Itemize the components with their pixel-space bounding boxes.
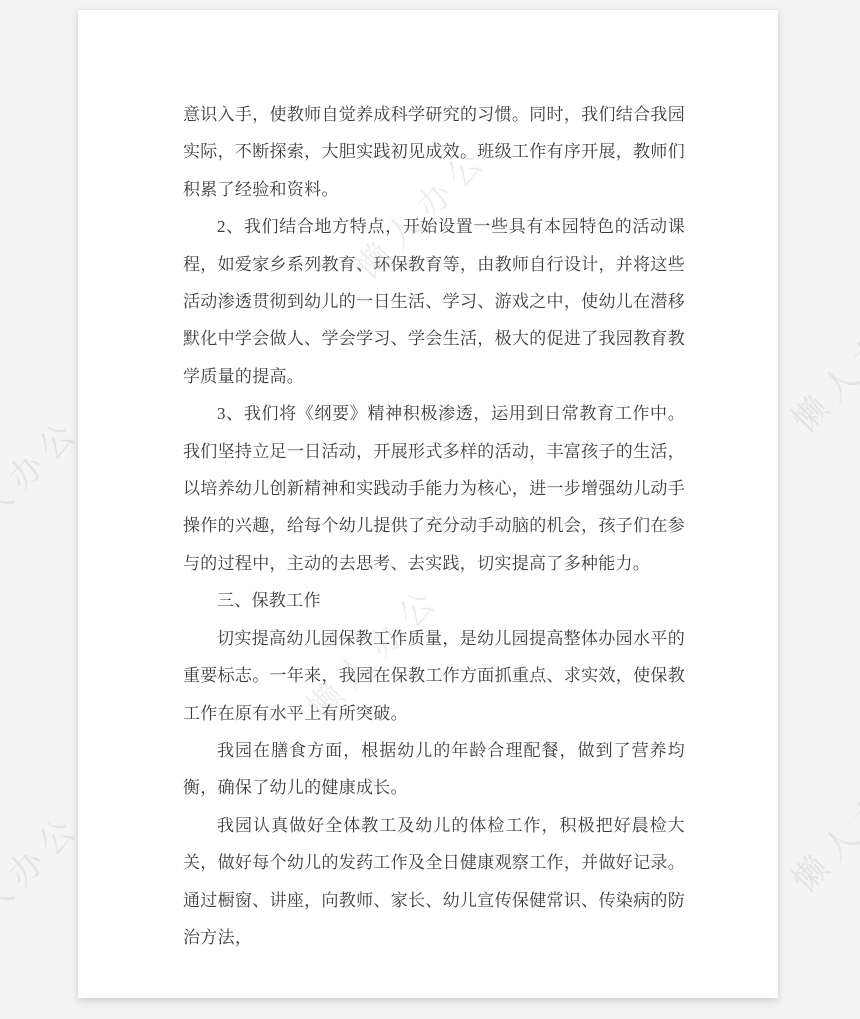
watermark-text: 懒人办公 (0, 404, 90, 560)
document-body-text: 意识入手，使教师自觉养成科学研究的习惯。同时，我们结合我园实际，不断探索，大胆实… (183, 96, 685, 956)
paragraph-care-quality: 切实提高幼儿园保教工作质量，是幼儿园提高整体办园水平的重要标志。一年来，我园在保… (183, 620, 685, 732)
document-viewer-background: 意识入手，使教师自觉养成科学研究的习惯。同时，我们结合我园实际，不断探索，大胆实… (0, 0, 860, 1019)
watermark-text: 懒人办公 (0, 800, 90, 956)
paragraph-meals: 我园在膳食方面，根据幼儿的年龄合理配餐，做到了营养均衡，确保了幼儿的健康成长。 (183, 732, 685, 807)
section-heading: 三、保教工作 (183, 582, 685, 619)
paragraph-continuation: 意识入手，使教师自觉养成科学研究的习惯。同时，我们结合我园实际，不断探索，大胆实… (183, 96, 685, 208)
watermark-text: 懒人办公 (779, 285, 860, 441)
document-page: 意识入手，使教师自觉养成科学研究的习惯。同时，我们结合我园实际，不断探索，大胆实… (78, 10, 778, 998)
paragraph-health-check: 我园认真做好全体教工及幼儿的体检工作，积极把好晨检大关，做好每个幼儿的发药工作及… (183, 807, 685, 957)
paragraph-item-3: 3、我们将《纲要》精神积极渗透，运用到日常教育工作中。我们坚持立足一日活动，开展… (183, 395, 685, 582)
paragraph-item-2: 2、我们结合地方特点，开始设置一些具有本园特色的活动课程，如爱家乡系列教育、环保… (183, 208, 685, 395)
watermark-text: 懒人办公 (779, 745, 860, 901)
